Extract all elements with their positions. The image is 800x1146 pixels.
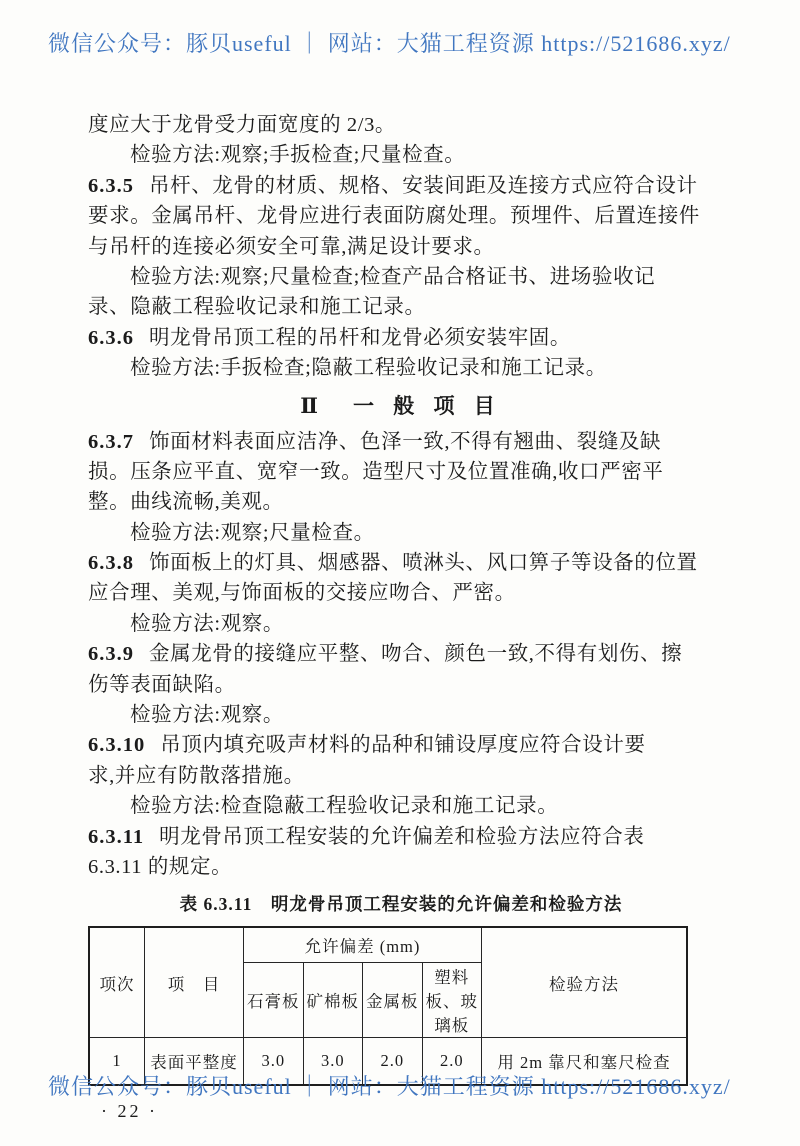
body-line: 检验方法:观察;尺量检查;检查产品合格证书、进场验收记 (88, 262, 714, 292)
body-line-text: 检验方法:观察。 (130, 613, 284, 635)
body-line: 损。压条应平直、宽窄一致。造型尺寸及位置准确,收口严密平 (88, 457, 714, 487)
subheader-cell-plastic-glass: 塑料板、玻璃板 (422, 963, 482, 1038)
header-cell-index: 项次 (89, 927, 145, 1038)
body-line: 6.3.10吊顶内填充吸声材料的品种和铺设厚度应符合设计要 (88, 730, 714, 760)
body-line-text: 明龙骨吊顶工程的吊杆和龙骨必须安装牢固。 (149, 327, 571, 349)
body-line-text: 检验方法:观察;尺量检查;检查产品合格证书、进场验收记 (130, 266, 655, 288)
table-title: 表 6.3.11 明龙骨吊顶工程安装的允许偏差和检验方法 (88, 891, 714, 916)
header-cell-item: 项 目 (145, 927, 244, 1038)
body-line: 6.3.11明龙骨吊顶工程安装的允许偏差和检验方法应符合表 (88, 822, 714, 852)
clause-number: 6.3.6 (88, 327, 134, 349)
clause-number: 6.3.10 (88, 734, 145, 756)
body-line: 与吊杆的连接必须安全可靠,满足设计要求。 (88, 232, 714, 262)
body-line: 6.3.9金属龙骨的接缝应平整、吻合、颜色一致,不得有划伤、擦 (88, 639, 714, 669)
body-line-text: 检验方法:观察。 (130, 704, 284, 726)
header-cell-method: 检验方法 (482, 927, 688, 1038)
body-line-text: 检验方法:观察;手扳检查;尺量检查。 (130, 144, 465, 166)
body-line: 检验方法:观察;手扳检查;尺量检查。 (88, 140, 714, 170)
body-line: 6.3.5吊杆、龙骨的材质、规格、安装间距及连接方式应符合设计 (88, 171, 714, 201)
body-line-text: 饰面材料表面应洁净、色泽一致,不得有翘曲、裂缝及缺 (149, 431, 661, 453)
body-line: 求,并应有防散落措施。 (88, 761, 714, 791)
body-line: 整。曲线流畅,美观。 (88, 487, 714, 517)
subheader-cell-gypsum: 石膏板 (244, 963, 304, 1038)
body-line-text: 检验方法:检查隐蔽工程验收记录和施工记录。 (130, 795, 558, 817)
body-line: 检验方法:手扳检查;隐蔽工程验收记录和施工记录。 (88, 353, 714, 383)
body-line-text: 要求。金属吊杆、龙骨应进行表面防腐处理。预埋件、后置连接件 (88, 205, 700, 227)
body-line: 6.3.6明龙骨吊顶工程的吊杆和龙骨必须安装牢固。 (88, 323, 714, 353)
watermark-footer: 微信公众号：豚贝useful ｜ 网站：大猫工程资源 https://52168… (48, 1070, 731, 1101)
body-line: 检验方法:观察。 (88, 609, 714, 639)
body-line: 应合理、美观,与饰面板的交接应吻合、严密。 (88, 578, 714, 608)
body-line: 伤等表面缺陷。 (88, 670, 714, 700)
body-line-text: 金属龙骨的接缝应平整、吻合、颜色一致,不得有划伤、擦 (149, 643, 682, 665)
body-line-text: 求,并应有防散落措施。 (88, 765, 305, 787)
body-line: 要求。金属吊杆、龙骨应进行表面防腐处理。预埋件、后置连接件 (88, 201, 714, 231)
body-line-text: 明龙骨吊顶工程安装的允许偏差和检验方法应符合表 (159, 826, 644, 848)
body-line-text: 损。压条应平直、宽窄一致。造型尺寸及位置准确,收口严密平 (88, 461, 663, 483)
body-line: 6.3.11 的规定。 (88, 852, 714, 882)
clause-number: 6.3.7 (88, 431, 134, 453)
body-line: 录、隐蔽工程验收记录和施工记录。 (88, 292, 714, 322)
watermark-header: 微信公众号：豚贝useful ｜ 网站：大猫工程资源 https://52168… (48, 27, 731, 58)
section-heading-general-items: Ⅱ 一 般 项 目 (88, 391, 714, 421)
body-line: 度应大于龙骨受力面宽度的 2/3。 (88, 110, 714, 140)
body-line-text: 伤等表面缺陷。 (88, 674, 236, 696)
clause-number: 6.3.8 (88, 552, 134, 574)
body-line-text: 录、隐蔽工程验收记录和施工记录。 (88, 296, 426, 318)
body-line-text: 饰面板上的灯具、烟感器、喷淋头、风口箅子等设备的位置 (149, 552, 698, 574)
body-line-text: 检验方法:观察;尺量检查。 (130, 522, 375, 544)
body-line-text: 吊顶内填充吸声材料的品种和铺设厚度应符合设计要 (160, 734, 645, 756)
page-number: · 22 · (101, 1101, 714, 1122)
table-header-row: 项次 项 目 允许偏差 (mm) 检验方法 (89, 927, 687, 963)
body-line-text: 6.3.11 的规定。 (88, 856, 232, 878)
allowable-deviation-table: 项次 项 目 允许偏差 (mm) 检验方法 石膏板 矿棉板 金属板 塑料板、玻璃… (88, 926, 688, 1086)
body-line: 检验方法:观察。 (88, 700, 714, 730)
clause-number: 6.3.11 (88, 826, 144, 848)
header-cell-deviation-group: 允许偏差 (mm) (244, 927, 482, 963)
body-line-text: 应合理、美观,与饰面板的交接应吻合、严密。 (88, 582, 516, 604)
clause-number: 6.3.9 (88, 643, 134, 665)
body-line-text: 吊杆、龙骨的材质、规格、安装间距及连接方式应符合设计 (149, 175, 698, 197)
body-line: 6.3.7饰面材料表面应洁净、色泽一致,不得有翘曲、裂缝及缺 (88, 427, 714, 457)
body-line: 检验方法:检查隐蔽工程验收记录和施工记录。 (88, 791, 714, 821)
body-line-text: 度应大于龙骨受力面宽度的 2/3。 (88, 114, 396, 136)
clause-number: 6.3.5 (88, 175, 134, 197)
body-line-text: 与吊杆的连接必须安全可靠,满足设计要求。 (88, 236, 495, 258)
body-line-text: 整。曲线流畅,美观。 (88, 491, 284, 513)
body-line: 6.3.8饰面板上的灯具、烟感器、喷淋头、风口箅子等设备的位置 (88, 548, 714, 578)
document-content: 度应大于龙骨受力面宽度的 2/3。 检验方法:观察;手扳检查;尺量检查。 6.3… (88, 110, 714, 1122)
subheader-cell-mineral-wool: 矿棉板 (303, 963, 363, 1038)
document-page: 微信公众号：豚贝useful ｜ 网站：大猫工程资源 https://52168… (0, 0, 800, 1146)
body-line-text: 检验方法:手扳检查;隐蔽工程验收记录和施工记录。 (130, 357, 607, 379)
body-line: 检验方法:观察;尺量检查。 (88, 518, 714, 548)
subheader-cell-metal: 金属板 (363, 963, 423, 1038)
